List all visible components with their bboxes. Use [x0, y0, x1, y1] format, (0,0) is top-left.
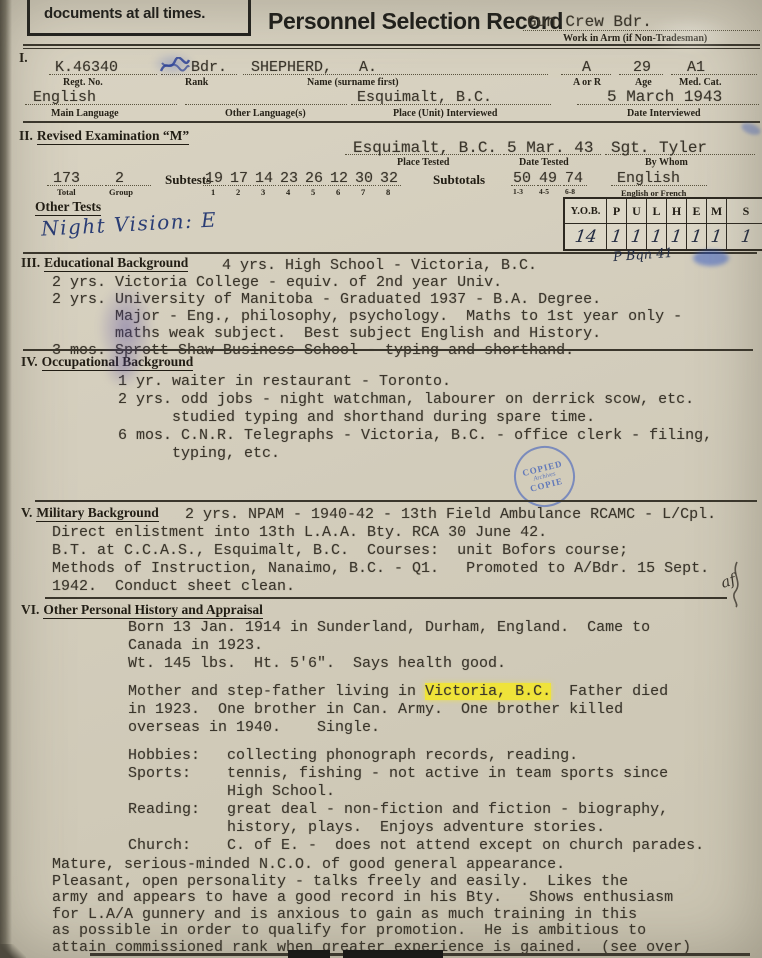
- section-ii-heading: II.Revised Examination “M”: [19, 128, 189, 144]
- work-in-arm-label: Work in Arm (if Non-Tradesman): [563, 33, 707, 44]
- section-ii-title: Revised Examination “M”: [37, 128, 189, 145]
- section-vi-title: Other Personal History and Appraisal: [43, 602, 263, 619]
- section-v-numeral: V.: [21, 505, 32, 520]
- language-value: English: [617, 170, 680, 187]
- subtest-value: 17: [230, 170, 248, 187]
- page-title: Personnel Selection Record: [268, 8, 563, 35]
- other-language-label: Other Language(s): [225, 108, 306, 119]
- subtotals-label: Subtotals: [433, 172, 485, 188]
- typed-line: army and appears to have a good record i…: [52, 890, 691, 907]
- regt-no-label: Regt. No.: [63, 77, 103, 88]
- military-first-line: 2 yrs. NPAM - 1940-42 - 13th Field Ambul…: [185, 506, 716, 523]
- typed-line: High School.: [128, 783, 704, 801]
- rank-value: Bdr.: [191, 59, 227, 76]
- ink-mark: [740, 121, 762, 137]
- age-label: Age: [635, 77, 652, 88]
- subtotal-range: 1-3: [513, 187, 523, 196]
- appraisal-lines: Mature, serious-minded N.C.O. of good ge…: [52, 857, 691, 956]
- med-cat-line: [671, 74, 757, 75]
- pulhems-value-row: 14 1 1 1 1 1 1 1: [565, 224, 762, 249]
- note-box-text: documents at all times.: [44, 5, 205, 22]
- subtest-value: 19: [205, 170, 223, 187]
- date-interviewed-value: 5 March 1943: [607, 88, 722, 106]
- subtest-number: 7: [361, 187, 365, 197]
- military-lines: Direct enlistment into 13th L.A.A. Bty. …: [52, 524, 709, 596]
- section-iii-title: Educational Background: [44, 255, 188, 272]
- pulhems-value-cell: 1: [687, 224, 707, 249]
- subtest-value: 14: [255, 170, 273, 187]
- subtest-number: 6: [336, 187, 340, 197]
- typed-line: typing, etc.: [118, 445, 712, 463]
- date-tested-value: 5 Mar. 43: [507, 139, 593, 157]
- subtotal-value: 74: [565, 170, 583, 187]
- subtest-number: 3: [261, 187, 265, 197]
- pulhems-value-cell: 1: [647, 224, 667, 249]
- typed-line: Pleasant, open personality - talks freel…: [52, 874, 691, 891]
- subtotal-value: 50: [513, 170, 531, 187]
- date-tested-label: Date Tested: [519, 157, 569, 168]
- section-v-title: Military Background: [36, 505, 158, 522]
- hobbies-lines: Hobbies: collecting phonograph records, …: [128, 747, 704, 855]
- pulhems-value-cell: 14: [565, 224, 607, 249]
- redaction-mark: [343, 950, 443, 958]
- by-whom-value: Sgt. Tyler: [611, 139, 707, 157]
- scan-corner: [0, 944, 26, 958]
- section-v-heading: V.Military Background: [21, 505, 159, 521]
- subtest-value: 32: [380, 170, 398, 187]
- date-interviewed-label: Date Interviewed: [627, 108, 701, 119]
- typed-line: 6 mos. C.N.R. Telegraphs - Victoria, B.C…: [118, 427, 712, 445]
- total-value: 173: [53, 170, 80, 187]
- typed-line: 1 yr. waiter in restaurant - Toronto.: [118, 373, 712, 391]
- section-iv-heading: IV.Occupational Background: [21, 354, 193, 370]
- work-in-arm-value: Gun Crew Bdr.: [527, 13, 652, 31]
- typed-line: maths weak subject. Best subject English…: [52, 325, 682, 342]
- main-language-label: Main Language: [51, 108, 119, 119]
- section-ii-numeral: II.: [19, 128, 33, 143]
- section-i-numeral: I.: [19, 50, 28, 66]
- pulhems-value-cell: 1: [627, 224, 647, 249]
- highlighted-text: Victoria, B.C.: [425, 683, 551, 700]
- typed-line: overseas in 1940. Single.: [128, 719, 623, 737]
- section-vi-numeral: VI.: [21, 602, 39, 617]
- typed-line: studied typing and shorthand during spar…: [118, 409, 712, 427]
- section-divider: [45, 597, 727, 599]
- place-tested-value: Esquimalt, B.C.: [353, 139, 497, 157]
- family-line-highlighted: Mother and step-father living in Victori…: [128, 683, 668, 701]
- main-language-value: English: [33, 89, 96, 106]
- name-label: Name (surname first): [307, 77, 399, 88]
- group-line: [105, 185, 151, 186]
- typed-line: Born 13 Jan. 1914 in Sunderland, Durham,…: [128, 619, 650, 637]
- typed-line: 2 yrs. odd jobs - night watchman, labour…: [118, 391, 712, 409]
- pulhems-header-cell: Y.O.B.: [565, 199, 607, 224]
- subtotal-value: 49: [539, 170, 557, 187]
- pulhems-value-cell: 1: [607, 224, 627, 249]
- occupation-lines: 1 yr. waiter in restaurant - Toronto.2 y…: [118, 373, 712, 463]
- place-interviewed-label: Place (Unit) Interviewed: [393, 108, 497, 119]
- scanned-document-page: documents at all times. Personnel Select…: [0, 0, 762, 958]
- scan-edge: [0, 0, 12, 958]
- ink-scribble-cross-out: [159, 57, 191, 75]
- subtest-value: 30: [355, 170, 373, 187]
- pulhems-header-cell: M: [707, 199, 727, 224]
- total-label: Total: [57, 187, 76, 197]
- a-or-r-value: A: [582, 59, 591, 76]
- med-cat-value: A1: [687, 59, 705, 76]
- birth-lines: Born 13 Jan. 1914 in Sunderland, Durham,…: [128, 619, 650, 673]
- rank-label: Rank: [185, 77, 208, 88]
- typed-line: B.T. at C.C.A.S., Esquimalt, B.C. Course…: [52, 542, 709, 560]
- pulhems-header-cell: U: [627, 199, 647, 224]
- note-box: documents at all times.: [27, 0, 251, 36]
- typed-line: Church: C. of E. - does not attend excep…: [128, 837, 704, 855]
- name-value: SHEPHERD, A.: [251, 59, 377, 76]
- subtest-number: 1: [211, 187, 215, 197]
- typed-line: Sports: tennis, fishing - not active in …: [128, 765, 704, 783]
- section-iv-title: Occupational Background: [42, 354, 194, 371]
- subtotal-range: 6-8: [565, 187, 575, 196]
- regt-no-value: K.46340: [55, 59, 118, 76]
- med-cat-label: Med. Cat.: [679, 77, 722, 88]
- family-lines: in 1923. One brother in Can. Army. One b…: [128, 701, 623, 737]
- subtest-value: 23: [280, 170, 298, 187]
- section-divider: [23, 349, 753, 351]
- pulhems-header-cell: L: [647, 199, 667, 224]
- pulhems-table: Y.O.B. P U L H E M S 14 1 1 1 1 1 1 1: [563, 197, 762, 251]
- section-iii-numeral: III.: [21, 255, 40, 270]
- subtest-value: 26: [305, 170, 323, 187]
- education-lines: 2 yrs. Victoria College - equiv. of 2nd …: [52, 274, 682, 359]
- pulhems-header-cell: S: [727, 199, 762, 224]
- typed-line: 2 yrs. University of Manitoba - Graduate…: [52, 291, 682, 308]
- section-vi-heading: VI.Other Personal History and Appraisal: [21, 602, 263, 618]
- typed-line: Hobbies: collecting phonograph records, …: [128, 747, 704, 765]
- pulhems-header-row: Y.O.B. P U L H E M S: [565, 199, 762, 224]
- subtest-value: 12: [330, 170, 348, 187]
- section-iii-heading: III.Educational Background: [21, 255, 188, 271]
- margin-annotation: P Bqn 41: [613, 246, 674, 265]
- pulhems-value-cell: 1: [727, 224, 762, 249]
- education-first-line: 4 yrs. High School - Victoria, B.C.: [222, 257, 537, 274]
- typed-line: in 1923. One brother in Can. Army. One b…: [128, 701, 623, 719]
- paper-background: documents at all times. Personnel Select…: [5, 0, 762, 958]
- a-or-r-label: A or R: [573, 77, 601, 88]
- typed-line: 2 yrs. Victoria College - equiv. of 2nd …: [52, 274, 682, 291]
- typed-line: Reading: great deal - non-fiction and fi…: [128, 801, 704, 819]
- section-iv-numeral: IV.: [21, 354, 38, 369]
- subtest-number: 4: [286, 187, 290, 197]
- subtest-number: 2: [236, 187, 240, 197]
- group-value: 2: [115, 170, 124, 187]
- typed-line: for L.A/A gunnery and is anxious to gain…: [52, 907, 691, 924]
- group-label: Group: [109, 187, 133, 197]
- typed-line: as possible in order to qualify for prom…: [52, 923, 691, 940]
- typed-line: Methods of Instruction, Nanaimo, B.C. - …: [52, 560, 709, 578]
- typed-line: Mature, serious-minded N.C.O. of good ge…: [52, 857, 691, 874]
- other-language-line: [185, 104, 347, 105]
- subtest-number: 8: [386, 187, 390, 197]
- by-whom-label: By Whom: [645, 157, 688, 168]
- pulhems-header-cell: H: [667, 199, 687, 224]
- header-divider: [23, 44, 760, 46]
- pulhems-header-cell: E: [687, 199, 707, 224]
- header-divider-2: [23, 48, 760, 50]
- redaction-mark: [288, 950, 330, 958]
- section-divider: [35, 500, 757, 502]
- subtest-number: 5: [311, 187, 315, 197]
- pulhems-value-cell: 1: [707, 224, 727, 249]
- section-divider: [23, 121, 760, 123]
- typed-line: Direct enlistment into 13th L.A.A. Bty. …: [52, 524, 709, 542]
- pulhems-header-cell: P: [607, 199, 627, 224]
- typed-line: 1942. Conduct sheet clean.: [52, 578, 709, 596]
- place-interviewed-value: Esquimalt, B.C.: [357, 89, 492, 106]
- other-tests-label: Other Tests: [35, 199, 101, 215]
- age-value: 29: [633, 59, 651, 76]
- typed-line: Wt. 145 lbs. Ht. 5'6". Says health good.: [128, 655, 650, 673]
- typed-line: Canada in 1923.: [128, 637, 650, 655]
- place-tested-label: Place Tested: [397, 157, 450, 168]
- subtotal-range: 4-5: [539, 187, 549, 196]
- typed-line: history, plays. Enjoys adventure stories…: [128, 819, 704, 837]
- pen-squiggle: [729, 560, 745, 608]
- typed-line: Major - Eng., philosophy, psychology. Ma…: [52, 308, 682, 325]
